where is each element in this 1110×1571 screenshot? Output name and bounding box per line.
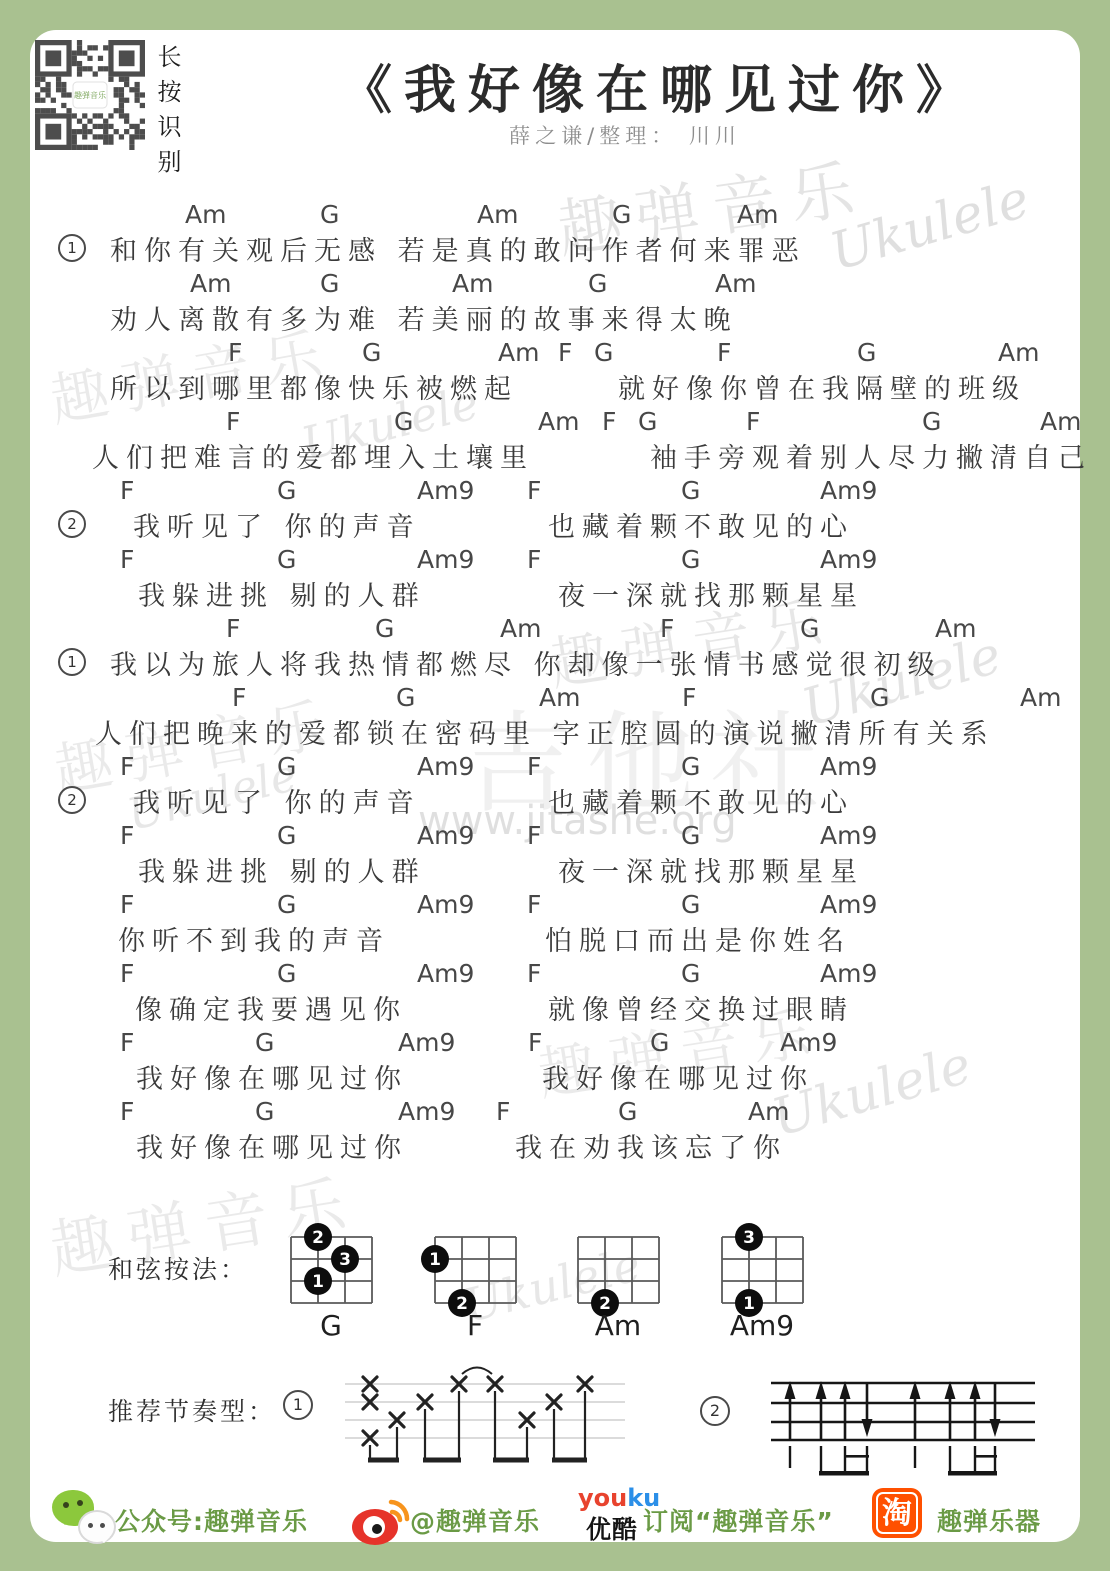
rhythm-section-label: 推荐节奏型： [108,1392,276,1428]
taobao-icon: 淘 [872,1488,922,1538]
song-line: AmGAmGAm劝人离散有多为难 若美丽的故事来得太晚 [0,269,1110,338]
chord-label: G [594,338,613,367]
chord-label: G [394,407,413,436]
chord-label: G [681,545,700,574]
chord-label: Am9 [417,476,474,505]
chord-label: G [922,407,941,436]
chord-diagram-name: Am9 [721,1309,803,1342]
chord-label: Am9 [820,476,877,505]
chord-label: G [277,821,296,850]
lyric-text: 我听见了 你的声音 [133,781,421,820]
wechat-account-label: 公众号:趣弹音乐 [115,1502,308,1538]
chord-label: Am9 [780,1028,837,1057]
chord-label: Am9 [820,752,877,781]
lyric-text: 我躲进挑 剔的人群 [138,850,426,889]
weibo-icon [350,1490,412,1548]
chord-label: F [120,752,134,781]
lyric-text: 夜一深就找那颗星星 [558,850,864,889]
chord-label: Am [477,200,518,229]
rhythm-pattern-2-marker: 2 [700,1396,730,1426]
song-title: 《我好像在哪见过你》 [340,48,980,123]
chord-label: G [638,407,657,436]
song-line: FGAm9FGAm92我听见了 你的声音也藏着颗不敢见的心 [0,476,1110,545]
rhythm-pattern-1-marker: 1 [283,1390,313,1420]
chord-label: F [660,614,674,643]
youku-cn-label: 优酷 [586,1510,638,1546]
song-line: FGAm9FGAm我好像在哪见过你我在劝我该忘了你 [0,1097,1110,1166]
chord-diagram-name: F [434,1309,516,1342]
chord-label: G [255,1097,274,1126]
youku-subscribe-label: 订阅“趣弹音乐” [643,1502,834,1538]
chord-label: G [277,545,296,574]
content-layer: 趣弹音乐 长按识别 《我好像在哪见过你》 薛之谦/整理： 川川 AmGAmGAm… [0,0,1110,1571]
song-line: FGAm9FGAm9我躲进挑 剔的人群夜一深就找那颗星星 [0,821,1110,890]
chord-label: F [558,338,572,367]
chord-label: Am9 [417,890,474,919]
chord-label: F [602,407,616,436]
svg-text:1: 1 [429,1250,441,1270]
chord-sheet-page: 趣弹音乐Ukulele趣弹音乐Ukulele趣弹音乐Ukulele趣弹音乐Uku… [0,0,1110,1571]
chord-label: G [681,752,700,781]
section-marker: 2 [58,786,86,814]
svg-text:1: 1 [312,1272,324,1292]
chord-label: G [396,683,415,712]
chord-label: Am9 [417,752,474,781]
lyric-text: 我好像在哪见过你 [136,1057,408,1096]
song-line: FGAm9FGAm9我躲进挑 剔的人群夜一深就找那颗星星 [0,545,1110,614]
svg-text:2: 2 [312,1228,324,1248]
chord-label: G [362,338,381,367]
section-marker: 1 [58,234,86,262]
lyric-text: 也藏着颗不敢见的心 [548,781,854,820]
lyric-text: 夜一深就找那颗星星 [558,574,864,613]
chord-label: G [681,476,700,505]
chord-label: G [375,614,394,643]
qr-code: 趣弹音乐 [35,40,145,150]
chord-label: Am9 [417,545,474,574]
chord-diagram-name: G [290,1309,372,1342]
chord-diagram-Am: 2Am [577,1236,659,1342]
chord-label: Am [998,338,1039,367]
chord-label: Am [500,614,541,643]
song-line: FGAmFGAm1我以为旅人将我热情都燃尽 你却像一张情书感觉很初级 [0,614,1110,683]
chord-label: Am [538,407,579,436]
taobao-char: 淘 [876,1492,918,1534]
chord-label: F [527,545,541,574]
chord-label: Am9 [417,821,474,850]
chord-label: G [681,821,700,850]
chord-label: Am [1040,407,1081,436]
song-line: FGAm9FGAm9我好像在哪见过你我好像在哪见过你 [0,1028,1110,1097]
lyric-text: 所以到哪里都像快乐被燃起 [110,367,518,406]
lyric-text: 劝人离散有多为难 若美丽的故事来得太晚 [110,298,738,337]
chord-label: F [120,821,134,850]
song-line: FGAm9FGAm9像确定我要遇见你就像曾经交换过眼睛 [0,959,1110,1028]
lyric-text: 袖手旁观着别人尽力撇清自己 [650,436,1092,475]
taobao-store-label: 趣弹乐器 [937,1502,1041,1538]
song-line: FGAm9FGAm92我听见了 你的声音也藏着颗不敢见的心 [0,752,1110,821]
svg-text:3: 3 [339,1250,351,1270]
chord-label: Am9 [820,890,877,919]
lyric-text: 也藏着颗不敢见的心 [548,505,854,544]
chord-label: Am9 [820,821,877,850]
chord-label: Am9 [820,959,877,988]
chord-diagram-F: 12F [434,1236,516,1342]
svg-text:3: 3 [743,1228,755,1248]
chord-label: F [120,890,134,919]
section-marker: 1 [58,648,86,676]
chord-label: G [681,890,700,919]
chord-label: Am [1020,683,1061,712]
chord-label: F [232,683,246,712]
song-line: FGAm9FGAm9你听不到我的声音怕脱口而出是你姓名 [0,890,1110,959]
song-line: FGAmFGAm人们把晚来的爱都锁在密码里 字正腔圆的演说撇清所有关系 [0,683,1110,752]
chord-label: F [682,683,696,712]
chord-label: Am9 [417,959,474,988]
chord-label: F [120,1028,134,1057]
lyric-text: 就好像你曾在我隔壁的班级 [618,367,1026,406]
chord-label: F [528,1028,542,1057]
chord-label: F [120,959,134,988]
chord-label: F [527,821,541,850]
song-line: FGAmFGFGAm人们把难言的爱都埋入土壤里袖手旁观着别人尽力撇清自己 [0,407,1110,476]
chord-label: G [857,338,876,367]
chord-label: F [228,338,242,367]
chord-label: F [120,545,134,574]
chord-label: Am [452,269,493,298]
lyrics-with-chords: AmGAmGAm1和你有关观后无感 若是真的敢问作者何来罪恶AmGAmGAm劝人… [0,200,1110,1166]
lyric-text: 人们把难言的爱都埋入土壤里 [92,436,534,475]
chord-label: F [226,407,240,436]
chord-label: F [527,752,541,781]
chord-label: G [650,1028,669,1057]
chord-label: F [120,476,134,505]
chord-label: Am [190,269,231,298]
chord-label: Am [498,338,539,367]
strum-pattern-1-notation [340,1356,630,1476]
lyric-text: 怕脱口而出是你姓名 [545,919,851,958]
lyric-text: 人们把晚来的爱都锁在密码里 字正腔圆的演说撇清所有关系 [95,712,995,751]
chord-label: F [527,959,541,988]
chord-label: G [612,200,631,229]
chord-label: G [588,269,607,298]
chord-section-label: 和弦按法： [108,1250,248,1286]
section-marker: 2 [58,510,86,538]
chord-label: F [496,1097,510,1126]
weibo-handle-label: @趣弹音乐 [410,1502,540,1538]
song-credit: 薛之谦/整理： 川川 [509,120,741,150]
chord-label: Am [935,614,976,643]
chord-label: G [277,890,296,919]
chord-label: Am [539,683,580,712]
chord-label: G [277,476,296,505]
chord-label: G [277,752,296,781]
lyric-text: 像确定我要遇见你 [135,988,407,1027]
chord-label: G [618,1097,637,1126]
lyric-text: 我躲进挑 剔的人群 [138,574,426,613]
chord-diagram-G: 231G [290,1236,372,1342]
lyric-text: 和你有关观后无感 若是真的敢问作者何来罪恶 [110,229,806,268]
chord-label: Am [715,269,756,298]
chord-label: F [120,1097,134,1126]
lyric-text: 就像曾经交换过眼睛 [548,988,854,1027]
chord-diagram-name: Am [577,1309,659,1342]
chord-label: F [226,614,240,643]
lyric-text: 我以为旅人将我热情都燃尽 你却像一张情书感觉很初级 [110,643,942,682]
chord-label: G [800,614,819,643]
lyric-text: 我在劝我该忘了你 [515,1126,787,1165]
chord-label: F [527,476,541,505]
qr-instruction-label: 长按识别 [150,44,185,184]
lyric-text: 你听不到我的声音 [118,919,390,958]
lyric-text: 我听见了 你的声音 [133,505,421,544]
chord-label: Am9 [398,1028,455,1057]
chord-label: Am9 [398,1097,455,1126]
chord-diagram-Am9: 31Am9 [721,1236,803,1342]
lyric-text: 我好像在哪见过你 [136,1126,408,1165]
strum-pattern-2-notation [763,1353,1043,1485]
chord-label: G [870,683,889,712]
tie-arc [462,1368,492,1375]
chord-label: Am [748,1097,789,1126]
wechat-bubble-small [78,1510,116,1544]
chord-label: G [681,959,700,988]
chord-label: G [277,959,296,988]
chord-label: G [320,200,339,229]
chord-label: Am [737,200,778,229]
chord-label: F [527,890,541,919]
wechat-icon [52,1490,114,1548]
chord-label: F [717,338,731,367]
song-line: AmGAmGAm1和你有关观后无感 若是真的敢问作者何来罪恶 [0,200,1110,269]
lyric-text: 我好像在哪见过你 [542,1057,814,1096]
chord-label: F [746,407,760,436]
chord-label: Am9 [820,545,877,574]
svg-text:趣弹音乐: 趣弹音乐 [74,90,107,100]
chord-label: G [320,269,339,298]
chord-label: G [255,1028,274,1057]
song-line: FGAmFGFGAm所以到哪里都像快乐被燃起就好像你曾在我隔壁的班级 [0,338,1110,407]
chord-label: Am [185,200,226,229]
